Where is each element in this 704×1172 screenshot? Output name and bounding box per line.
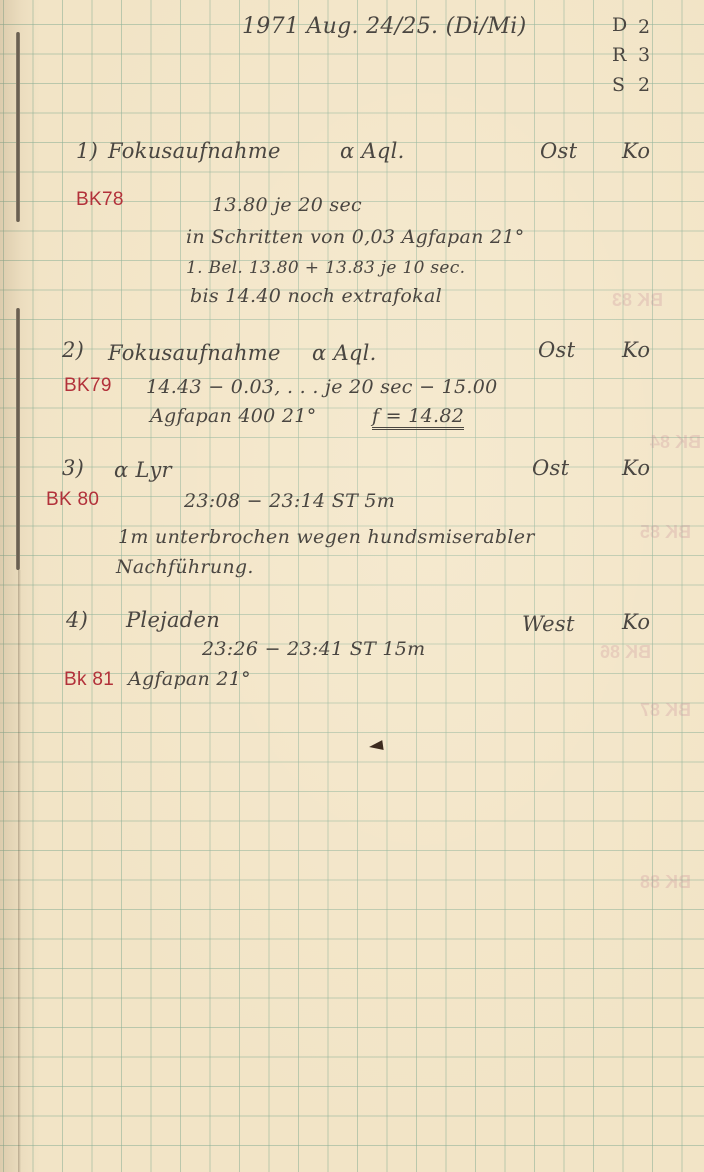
entry-line: Agfapan 21°: [128, 670, 251, 689]
entry-number: 4): [66, 610, 88, 631]
notebook-page: BK 83 BK 84 BK 85 BK 86 BK 87 BK 88 1971…: [0, 0, 704, 1172]
focus-result: f = 14.82: [372, 407, 464, 430]
entry-number: 2): [62, 340, 84, 361]
binding-thread-top: [16, 32, 20, 222]
plate-number: BK 80: [46, 490, 99, 509]
entry-title: Fokusaufnahme: [108, 141, 281, 162]
entry-location: Ost: [538, 340, 575, 361]
rating-label: S: [612, 76, 625, 95]
entry-observer: Ko: [622, 340, 650, 361]
entry-observer: Ko: [622, 141, 650, 162]
entry-observer: Ko: [622, 612, 650, 633]
arrow-mark-icon: [368, 740, 383, 752]
entry-line: bis 14.40 noch extrafokal: [190, 287, 442, 306]
plate-number: BK79: [64, 376, 112, 395]
entry-line: 1. Bel. 13.80 + 13.83 je 10 sec.: [186, 260, 465, 277]
entry-observer: Ko: [622, 458, 650, 479]
entry-title: α Lyr: [114, 460, 172, 481]
entry-line: Nachführung.: [116, 558, 254, 577]
binding-thread-bottom: [16, 308, 20, 570]
entry-object: α Aql.: [340, 141, 405, 162]
plate-number: Bk 81: [64, 670, 114, 689]
entry-line: Agfapan 400 21°: [150, 407, 317, 426]
page-date: 1971 Aug. 24/25. (Di/Mi): [242, 16, 527, 38]
entry-line: 23:08 − 23:14 ST 5m: [184, 492, 395, 511]
rating-label: R: [612, 46, 627, 65]
entry-location: Ost: [532, 458, 569, 479]
rating-label: D: [612, 16, 628, 35]
plate-number: BK78: [76, 190, 124, 209]
bleed-through-mark: BK 87: [640, 700, 691, 721]
entry-object: α Aql.: [312, 343, 377, 364]
entry-title: Plejaden: [126, 610, 220, 631]
entry-location: Ost: [540, 141, 577, 162]
entry-title: Fokusaufnahme: [108, 343, 281, 364]
entry-location: West: [522, 614, 575, 635]
entry-line: 23:26 − 23:41 ST 15m: [202, 640, 425, 659]
entry-line: 13.80 je 20 sec: [212, 196, 362, 215]
page-shading: [0, 0, 704, 1172]
rating-value: 2: [638, 76, 650, 95]
entry-line: 1m unterbrochen wegen hundsmiserabler: [118, 528, 535, 547]
entry-number: 1): [76, 141, 98, 162]
bleed-through-mark: BK 84: [650, 432, 701, 453]
rating-value: 2: [638, 18, 650, 37]
bleed-through-mark: BK 85: [640, 522, 691, 543]
rating-value: 3: [638, 46, 650, 65]
page-fold-edge: [18, 570, 21, 1172]
entry-line: in Schritten von 0,03 Agfapan 21°: [186, 228, 525, 247]
bleed-through-mark: BK 88: [640, 872, 691, 893]
entry-line: 14.43 − 0.03, . . . je 20 sec − 15.00: [146, 378, 498, 397]
bleed-through-mark: BK 86: [600, 642, 651, 663]
bleed-through-mark: BK 83: [612, 290, 663, 311]
entry-number: 3): [62, 458, 84, 479]
